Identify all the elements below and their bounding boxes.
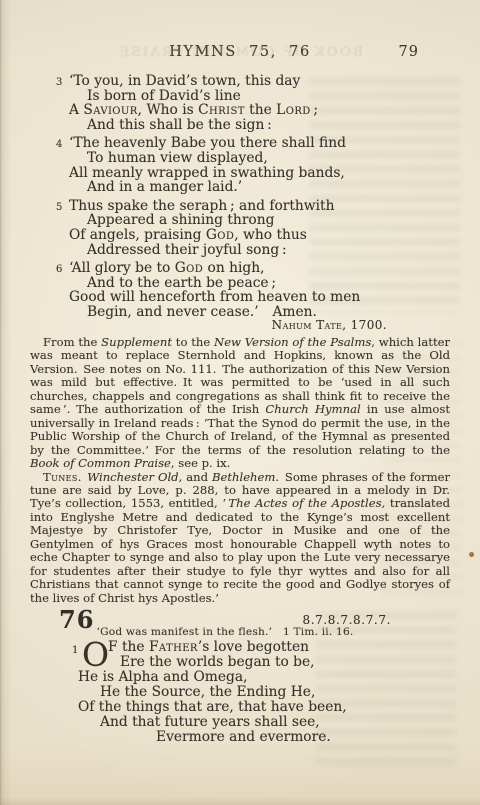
hymn-note-tunes: Tunes. Winchester Old, and Bethlehem. So… [30, 471, 450, 606]
verse-line: Thus spake the seraph ; and forthwith [69, 199, 360, 214]
page-number: 79 [399, 44, 419, 60]
hymn-75-verses: 3 ‘To you, in David’s town, this dayIs b… [56, 74, 360, 324]
verse-line: And this shall be the sign : [87, 118, 360, 133]
verse-line: ‘To you, in David’s town, this day [69, 74, 360, 89]
verse-line: ‘All glory be to God on high, [69, 261, 360, 276]
verse-line: And in a manger laid.’ [87, 180, 360, 195]
verse-number: 5 [56, 201, 63, 216]
verse-line: He the Source, the Ending He, [100, 685, 480, 700]
page-bottom-edge [0, 797, 480, 805]
stanza-lines: ‘All glory be to God on high,And to the … [56, 261, 360, 319]
verse-line: F the Father’s love begotten [108, 640, 480, 655]
verse-number: 6 [56, 263, 63, 278]
verse-line: Of the things that are, that have been, [78, 700, 480, 715]
stanza: 5 Thus spake the seraph ; and forthwithA… [56, 199, 360, 257]
stanza-lines: ‘The heavenly Babe you there shall findT… [56, 136, 360, 194]
stanza-lines: ‘To you, in David’s town, this dayIs bor… [56, 74, 360, 132]
book-page: BOOK OF COMMON PRAISE HYMNS 75, 76 79 3 … [0, 0, 480, 805]
hymn-76-stanza: 1 O F the Father’s love begotten Ere the… [56, 640, 480, 745]
lower-page-content: From the Supplement to the New Version o… [0, 336, 480, 745]
verse-line: All meanly wrapped in swathing bands, [69, 166, 360, 181]
drop-cap-letter: O [82, 638, 109, 671]
hymn-meter: 8.7.8.7.8.7.7. [302, 613, 391, 627]
verse-line: And that future years shall see, [100, 715, 480, 730]
verse-line: Of angels, praising God, who thus [69, 228, 360, 243]
verse-line: Is born of David’s line [87, 89, 360, 104]
verse-number: 3 [56, 76, 63, 91]
running-header-title: HYMNS 75, 76 [30, 44, 450, 60]
stanza-lines: He is Alpha and Omega,He the Source, the… [56, 670, 480, 745]
verse-line: Good will henceforth from heaven to men [69, 290, 360, 305]
verse-line: And to the earth be peace ; [87, 276, 360, 291]
hymn-number: 76 [59, 605, 94, 634]
verse-number: 4 [56, 138, 63, 153]
running-header: HYMNS 75, 76 79 [30, 44, 450, 60]
verse-line: He is Alpha and Omega, [78, 670, 480, 685]
hymn-76-heading: 76 8.7.8.7.8.7.7. [0, 607, 480, 626]
verse-line: To human view displayed, [87, 151, 360, 166]
author-attribution: Nahum Tate, 1700. [272, 318, 387, 332]
stanza-lines: Thus spake the seraph ; and forthwithApp… [56, 199, 360, 257]
stanza: 6 ‘All glory be to God on high,And to th… [56, 261, 360, 319]
verse-line: ‘The heavenly Babe you there shall find [69, 136, 360, 151]
hymn-note-source: From the Supplement to the New Version o… [30, 336, 450, 471]
verse-line: Addressed their joyful song : [87, 243, 360, 258]
verse-line: Evermore and evermore. [156, 730, 480, 745]
verse-line: Appeared a shining throng [87, 213, 360, 228]
stanza: 3 ‘To you, in David’s town, this dayIs b… [56, 74, 360, 132]
verse-number: 1 [72, 643, 79, 658]
stanza: 4 ‘The heavenly Babe you there shall fin… [56, 136, 360, 194]
verse-line: A Saviour, Who is Christ the Lord ; [69, 103, 360, 118]
verse-line: Ere the worlds began to be, [120, 655, 480, 670]
